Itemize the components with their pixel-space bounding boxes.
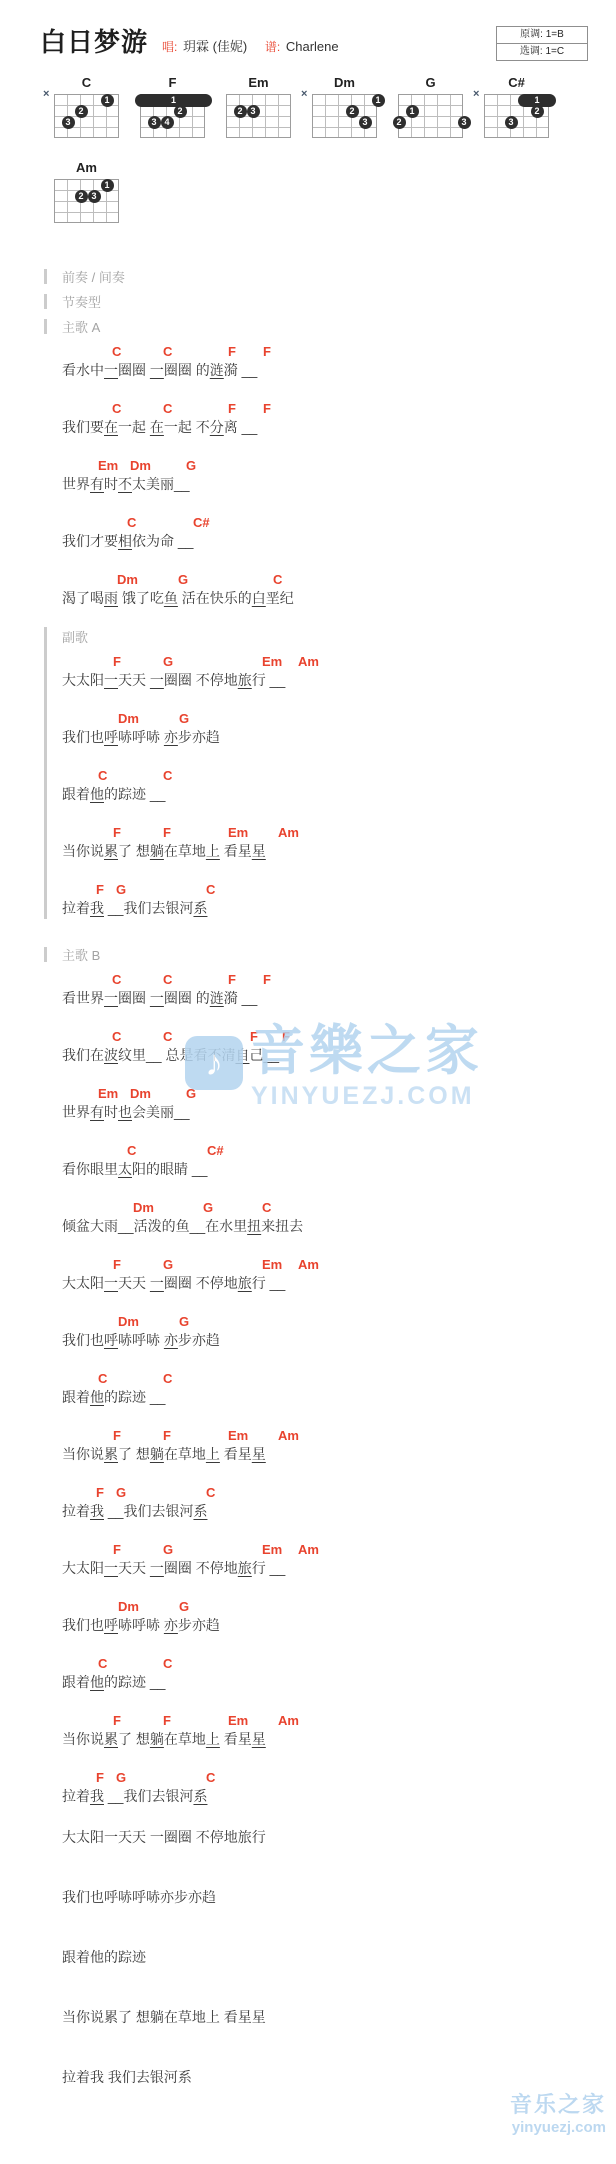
chord-label: Am: [278, 1713, 299, 1728]
section-label: 副歌: [62, 627, 88, 646]
finger-dot-1: 1: [101, 179, 114, 192]
corner-watermark-url: yinyuezj.com: [510, 2118, 606, 2138]
section-header: 节奏型: [44, 292, 616, 310]
section-label: 主歌 B: [62, 945, 100, 964]
chord-label: F: [228, 972, 236, 987]
chord-label: Dm: [118, 711, 139, 726]
lyric-line-block: CCFF看水中一圈圈 一圈圈 的涟漪 __: [44, 342, 616, 381]
section-label: 主歌 A: [62, 317, 100, 336]
chord-label: Em: [98, 458, 118, 473]
lyric-text: 渴了喝雨 饿了吃鱼 活在快乐的白垩纪: [62, 588, 616, 609]
chord-label: G: [163, 1542, 173, 1557]
chord-label: F: [96, 882, 104, 897]
chord-label: C: [262, 1200, 271, 1215]
chord-label: F: [250, 1029, 258, 1044]
corner-watermark-name: 音乐之家: [510, 2092, 606, 2118]
chord-row: CCFF: [62, 970, 616, 988]
chord-label: G: [116, 1770, 126, 1785]
section-header: 主歌 A: [44, 317, 616, 335]
corner-watermark: 音乐之家 yinyuezj.com: [510, 2092, 606, 2138]
lyric-line-block: DmG我们也呼哧呼哧 亦步亦趋: [47, 709, 616, 748]
outro-section: 大太阳一天天 一圈圈 不停地旅行我们也呼哧呼哧亦步亦趋跟着他的踪迹当你说累了 想…: [44, 1827, 616, 2088]
song-title: 白日梦游: [40, 22, 148, 59]
finger-dot-3: 3: [458, 116, 471, 129]
chord-label: Em: [228, 1713, 248, 1728]
finger-dot-2: 2: [234, 105, 247, 118]
chord-label: C: [163, 972, 172, 987]
chord-name: C: [54, 75, 119, 90]
lyric-line-block: DmG我们也呼哧呼哧 亦步亦趋: [44, 1312, 616, 1351]
outro-line: 我们也呼哧呼哧亦步亦趋: [62, 1887, 616, 1908]
chord-label: G: [203, 1200, 213, 1215]
chord-name: Am: [54, 160, 119, 175]
lyric-line-block: FGEmAm大太阳一天天 一圈圈 不停地旅行 __: [44, 1540, 616, 1579]
chord-row: CC#: [62, 513, 616, 531]
finger-dot-2: 2: [174, 105, 187, 118]
lyric-text: 拉着我 __我们去银河系: [62, 1786, 616, 1807]
lyric-line-block: CC跟着他的踪迹 __: [44, 1654, 616, 1693]
chord-label: Am: [278, 825, 299, 840]
key-info-box: 原调: 1=B 选调: 1=C: [496, 26, 588, 61]
chord-row: FGEmAm: [62, 652, 616, 670]
chord-label: F: [113, 825, 121, 840]
chord-name: F: [140, 75, 205, 90]
chord-label: C: [98, 768, 107, 783]
fretboard-grid: 123: [398, 94, 463, 138]
finger-dot-2: 2: [75, 105, 88, 118]
finger-dot-3: 3: [247, 105, 260, 118]
chord-diagram-Dm: Dm×123: [300, 75, 377, 138]
lyric-line-block: FGC拉着我 __我们去银河系: [47, 880, 616, 919]
lyric-line-block: CC跟着他的踪迹 __: [47, 766, 616, 805]
chord-label: Em: [228, 825, 248, 840]
finger-dot-2: 2: [393, 116, 406, 129]
lyric-text: 世界有时不太美丽__: [62, 474, 616, 495]
chord-label: Em: [98, 1086, 118, 1101]
chord-label: G: [178, 572, 188, 587]
finger-dot-2: 2: [75, 190, 88, 203]
chord-label: Am: [278, 1428, 299, 1443]
chord-row: DmG: [62, 1312, 616, 1330]
section-bar: [44, 294, 47, 309]
lyric-line-block: DmG我们也呼哧呼哧 亦步亦趋: [44, 1597, 616, 1636]
chord-name: G: [398, 75, 463, 90]
lyric-text: 跟着他的踪迹 __: [62, 1672, 616, 1693]
chord-label: G: [116, 1485, 126, 1500]
lyric-text: 拉着我 __我们去银河系: [62, 898, 616, 919]
barre-finger-1: 1: [135, 94, 212, 107]
chord-row: EmDmG: [62, 456, 616, 474]
chord-row: CCFF: [62, 399, 616, 417]
outro-line: 当你说累了 想躺在草地上 看星星: [62, 2007, 616, 2028]
chord-row: DmG: [62, 709, 616, 727]
lyric-line-block: CC跟着他的踪迹 __: [44, 1369, 616, 1408]
chord-name: C#: [484, 75, 549, 90]
chord-label: C: [163, 1656, 172, 1671]
chord-row: FGEmAm: [62, 1255, 616, 1273]
lyric-text: 我们也呼哧呼哧 亦步亦趋: [62, 1330, 616, 1351]
lyric-text: 跟着他的踪迹 __: [62, 1387, 616, 1408]
chord-label: F: [282, 1029, 290, 1044]
chord-diagram-Em: Em23: [214, 75, 291, 138]
fretboard-grid: ×123: [54, 94, 119, 138]
chord-label: F: [113, 1542, 121, 1557]
lyric-text: 我们在波纹里__ 总是看不清自己__: [62, 1045, 616, 1066]
chord-label: F: [113, 654, 121, 669]
chord-diagram-C: C×123: [42, 75, 119, 138]
lyric-line-block: CCFF我们在波纹里__ 总是看不清自己__: [44, 1027, 616, 1066]
chord-label: C: [127, 515, 136, 530]
section-bar: [44, 319, 47, 334]
chord-label: C: [112, 401, 121, 416]
chord-label: G: [116, 882, 126, 897]
outro-line: 大太阳一天天 一圈圈 不停地旅行: [62, 1827, 616, 1848]
chord-label: C: [112, 972, 121, 987]
chord-label: F: [96, 1485, 104, 1500]
lyrics-sheet: 前奏 / 间奏节奏型主歌 ACCFF看水中一圈圈 一圈圈 的涟漪 __CCFF我…: [0, 267, 616, 2088]
arranger-name: Charlene: [286, 39, 339, 54]
chord-label: C#: [207, 1143, 224, 1158]
lyric-line-block: FGEmAm大太阳一天天 一圈圈 不停地旅行 __: [44, 1255, 616, 1294]
lyric-text: 大太阳一天天 一圈圈 不停地旅行 __: [62, 1273, 616, 1294]
chord-label: Dm: [117, 572, 138, 587]
outro-line: 拉着我 我们去银河系: [62, 2067, 616, 2088]
chord-row: FFEmAm: [62, 823, 616, 841]
chord-label: F: [163, 1428, 171, 1443]
lyric-line-block: EmDmG世界有时也会美丽__: [44, 1084, 616, 1123]
lyric-line-block: FGC拉着我 __我们去银河系: [44, 1483, 616, 1522]
section-bar: [44, 947, 47, 962]
lyric-line-block: FFEmAm当你说累了 想躺在草地上 看星星: [47, 823, 616, 862]
chord-label: Dm: [133, 1200, 154, 1215]
mute-string-marker: ×: [301, 88, 307, 100]
chord-label: Em: [262, 654, 282, 669]
chord-label: C: [163, 401, 172, 416]
chord-label: F: [113, 1713, 121, 1728]
credits: 唱: 玥霖 (佳妮) 谱: Charlene: [162, 36, 353, 55]
chord-label: G: [179, 1314, 189, 1329]
lyric-line-block: DmGC渴了喝雨 饿了吃鱼 活在快乐的白垩纪: [44, 570, 616, 609]
singer-name: 玥霖 (佳妮): [183, 39, 247, 54]
section-label: 前奏 / 间奏: [62, 267, 125, 286]
lyric-text: 看水中一圈圈 一圈圈 的涟漪 __: [62, 360, 616, 381]
chord-row: CCFF: [62, 1027, 616, 1045]
section-header: 主歌 B: [44, 945, 616, 963]
chord-diagrams-row-2: Am123: [42, 160, 616, 223]
finger-dot-2: 2: [531, 105, 544, 118]
lyric-text: 大太阳一天天 一圈圈 不停地旅行 __: [62, 670, 616, 691]
chord-row: DmGC: [62, 570, 616, 588]
chord-label: Em: [228, 1428, 248, 1443]
lyric-line-block: EmDmG世界有时不太美丽__: [44, 456, 616, 495]
chord-row: FGEmAm: [62, 1540, 616, 1558]
chord-diagram-C#: C#×123: [472, 75, 549, 138]
chord-label: C: [206, 1485, 215, 1500]
singer-label: 唱:: [162, 40, 177, 54]
lyric-text: 拉着我 __我们去银河系: [62, 1501, 616, 1522]
lyric-text: 我们要在一起 在一起 不分离 __: [62, 417, 616, 438]
lyric-line-block: DmGC倾盆大雨__活泼的鱼__在水里扭来扭去: [44, 1198, 616, 1237]
chord-diagram-F: F1234: [128, 75, 205, 138]
chord-label: C: [112, 1029, 121, 1044]
arranger-label: 谱:: [265, 40, 280, 54]
chord-label: G: [186, 458, 196, 473]
lyric-text: 倾盆大雨__活泼的鱼__在水里扭来扭去: [62, 1216, 616, 1237]
chord-row: CC#: [62, 1141, 616, 1159]
chord-label: Dm: [118, 1599, 139, 1614]
chord-label: C: [112, 344, 121, 359]
lyric-line-block: FFEmAm当你说累了 想躺在草地上 看星星: [44, 1711, 616, 1750]
fretboard-grid: ×123: [312, 94, 377, 138]
chord-label: C: [163, 344, 172, 359]
fretboard-grid: 123: [54, 179, 119, 223]
lyric-line-block: CCFF看世界一圈圈 一圈圈 的涟漪 __: [44, 970, 616, 1009]
fretboard-grid: 23: [226, 94, 291, 138]
lyric-text: 大太阳一天天 一圈圈 不停地旅行 __: [62, 1558, 616, 1579]
key-original: 原调: 1=B: [497, 27, 587, 43]
chord-label: Dm: [118, 1314, 139, 1329]
fretboard-grid: 1234: [140, 94, 205, 138]
finger-dot-1: 1: [101, 94, 114, 107]
chord-row: FGC: [62, 1483, 616, 1501]
chord-label: C: [163, 1029, 172, 1044]
chord-label: C: [206, 1770, 215, 1785]
chord-row: CC: [62, 1654, 616, 1672]
chord-label: F: [163, 825, 171, 840]
chord-diagrams-row-1: C×123F1234Em23Dm×123G123C#×123: [42, 75, 616, 138]
finger-dot-1: 1: [406, 105, 419, 118]
chord-row: CCFF: [62, 342, 616, 360]
chord-label: C: [98, 1656, 107, 1671]
chord-label: C: [163, 768, 172, 783]
chord-label: C: [273, 572, 282, 587]
finger-dot-3: 3: [359, 116, 372, 129]
lyric-line-block: CC#我们才要相依为命 __: [44, 513, 616, 552]
mute-string-marker: ×: [473, 88, 479, 100]
section-header: 副歌: [47, 627, 616, 645]
lyric-text: 当你说累了 想躺在草地上 看星星: [62, 1729, 616, 1750]
chord-label: C: [206, 882, 215, 897]
finger-dot-2: 2: [346, 105, 359, 118]
section-header: 前奏 / 间奏: [44, 267, 616, 285]
finger-dot-3: 3: [148, 116, 161, 129]
finger-dot-3: 3: [62, 116, 75, 129]
chord-label: F: [263, 401, 271, 416]
chord-label: Am: [298, 1542, 319, 1557]
finger-dot-3: 3: [505, 116, 518, 129]
chord-label: G: [186, 1086, 196, 1101]
chord-label: C: [98, 1371, 107, 1386]
lyric-line-block: CC#看你眼里太阳的眼睛 __: [44, 1141, 616, 1180]
chord-label: C: [163, 1371, 172, 1386]
lyric-text: 我们才要相依为命 __: [62, 531, 616, 552]
section-label: 节奏型: [62, 292, 101, 311]
chord-label: Dm: [130, 458, 151, 473]
key-selected: 选调: 1=C: [497, 43, 587, 60]
lyric-line-block: CCFF我们要在一起 在一起 不分离 __: [44, 399, 616, 438]
lyric-text: 我们也呼哧呼哧 亦步亦趋: [62, 727, 616, 748]
finger-dot-4: 4: [161, 116, 174, 129]
lyric-text: 跟着他的踪迹 __: [62, 784, 616, 805]
chord-row: FGC: [62, 1768, 616, 1786]
chord-label: Em: [262, 1257, 282, 1272]
chorus-section: 副歌FGEmAm大太阳一天天 一圈圈 不停地旅行 __DmG我们也呼哧呼哧 亦步…: [44, 627, 616, 919]
chord-row: FFEmAm: [62, 1426, 616, 1444]
chord-diagram-Am: Am123: [42, 160, 119, 223]
chord-name: Em: [226, 75, 291, 90]
chord-label: C: [127, 1143, 136, 1158]
chord-row: DmG: [62, 1597, 616, 1615]
lyric-line-block: FFEmAm当你说累了 想躺在草地上 看星星: [44, 1426, 616, 1465]
lyric-text: 世界有时也会美丽__: [62, 1102, 616, 1123]
chord-row: EmDmG: [62, 1084, 616, 1102]
mute-string-marker: ×: [43, 88, 49, 100]
chord-sheet-page: 白日梦游 唱: 玥霖 (佳妮) 谱: Charlene 原调: 1=B 选调: …: [0, 0, 616, 2164]
chord-row: CC: [62, 1369, 616, 1387]
lyric-text: 看世界一圈圈 一圈圈 的涟漪 __: [62, 988, 616, 1009]
lyric-line-block: FGC拉着我 __我们去银河系: [44, 1768, 616, 1807]
chord-label: G: [179, 1599, 189, 1614]
lyric-text: 看你眼里太阳的眼睛 __: [62, 1159, 616, 1180]
chord-label: F: [113, 1428, 121, 1443]
chord-label: C#: [193, 515, 210, 530]
lyric-line-block: FGEmAm大太阳一天天 一圈圈 不停地旅行 __: [47, 652, 616, 691]
chord-label: F: [263, 972, 271, 987]
chord-label: F: [113, 1257, 121, 1272]
chord-label: F: [228, 401, 236, 416]
chord-diagram-G: G123: [386, 75, 463, 138]
chord-label: Em: [262, 1542, 282, 1557]
chord-label: G: [179, 711, 189, 726]
finger-dot-3: 3: [88, 190, 101, 203]
chord-row: CC: [62, 766, 616, 784]
chord-label: F: [263, 344, 271, 359]
chord-row: DmGC: [62, 1198, 616, 1216]
outro-line: 跟着他的踪迹: [62, 1947, 616, 1968]
chord-label: F: [163, 1713, 171, 1728]
chord-label: Am: [298, 1257, 319, 1272]
chord-label: G: [163, 654, 173, 669]
chord-label: G: [163, 1257, 173, 1272]
section-bar: [44, 269, 47, 284]
lyric-text: 我们也呼哧呼哧 亦步亦趋: [62, 1615, 616, 1636]
chord-label: F: [96, 1770, 104, 1785]
lyric-text: 当你说累了 想躺在草地上 看星星: [62, 1444, 616, 1465]
finger-dot-1: 1: [372, 94, 385, 107]
chord-name: Dm: [312, 75, 377, 90]
chord-label: Dm: [130, 1086, 151, 1101]
chord-label: Am: [298, 654, 319, 669]
chord-row: FGC: [62, 880, 616, 898]
fretboard-grid: ×123: [484, 94, 549, 138]
chord-label: F: [228, 344, 236, 359]
lyric-text: 当你说累了 想躺在草地上 看星星: [62, 841, 616, 862]
chord-row: FFEmAm: [62, 1711, 616, 1729]
